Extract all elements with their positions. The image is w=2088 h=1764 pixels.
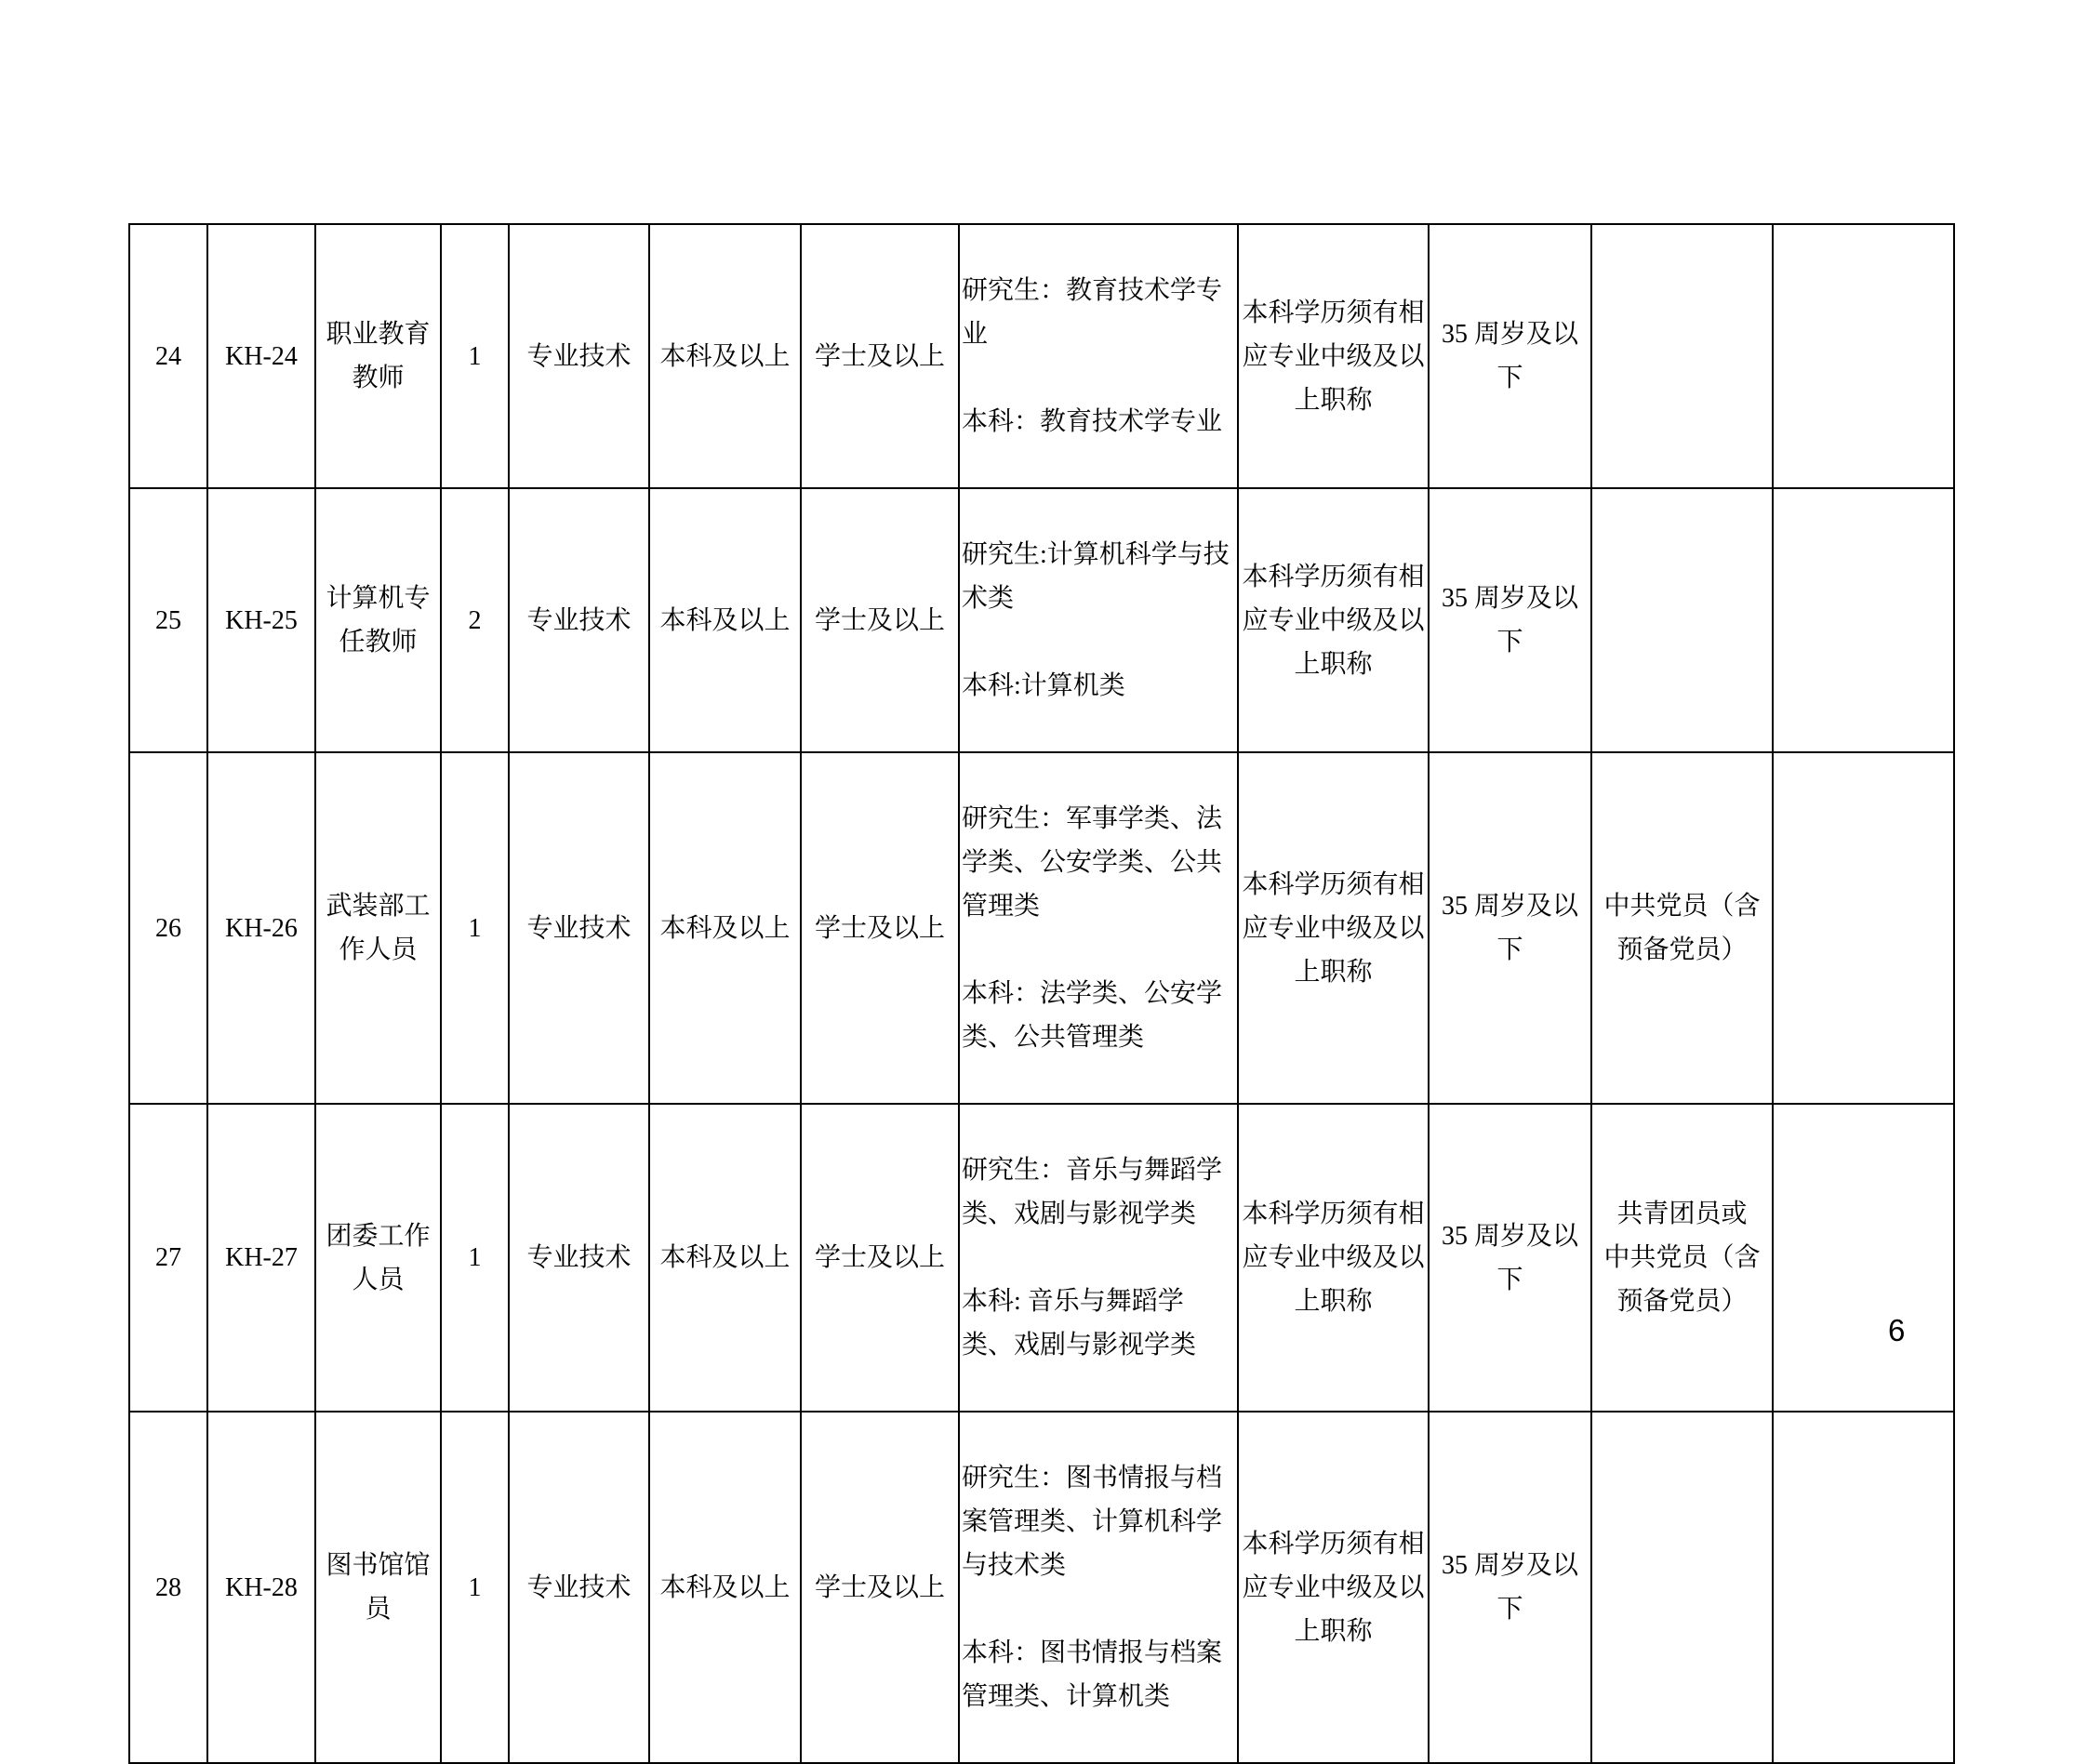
major-graduate: 研究生：军事学类、法学类、公安学类、公共管理类	[962, 797, 1235, 928]
major-undergraduate: 本科：图书情报与档案管理类、计算机类	[962, 1631, 1235, 1718]
recruitment-table: 24 KH-24 职业教育教师 1 专业技术 本科及以上 学士及以上 研究生：教…	[128, 223, 1955, 1764]
position-cell: 团委工作人员	[315, 1104, 441, 1412]
remarks-cell	[1773, 224, 1954, 488]
code-cell: KH-26	[207, 752, 315, 1104]
table-row: 25 KH-25 计算机专任教师 2 专业技术 本科及以上 学士及以上 研究生:…	[129, 488, 1954, 752]
degree-cell: 学士及以上	[801, 1104, 959, 1412]
major-graduate: 研究生：图书情报与档案管理类、计算机科学与技术类	[962, 1456, 1235, 1587]
seq-cell: 27	[129, 1104, 207, 1412]
position-cell: 职业教育教师	[315, 224, 441, 488]
count-cell: 1	[441, 1412, 509, 1763]
education-cell: 本科及以上	[649, 752, 801, 1104]
category-cell: 专业技术	[509, 488, 649, 752]
degree-cell: 学士及以上	[801, 752, 959, 1104]
political-status-cell	[1591, 224, 1773, 488]
seq-cell: 24	[129, 224, 207, 488]
degree-cell: 学士及以上	[801, 1412, 959, 1763]
seq-cell: 26	[129, 752, 207, 1104]
code-cell: KH-25	[207, 488, 315, 752]
count-cell: 1	[441, 224, 509, 488]
title-requirement-cell: 本科学历须有相应专业中级及以上职称	[1238, 488, 1429, 752]
table-row: 28 KH-28 图书馆馆员 1 专业技术 本科及以上 学士及以上 研究生：图书…	[129, 1412, 1954, 1763]
degree-cell: 学士及以上	[801, 488, 959, 752]
age-limit-cell: 35 周岁及以下	[1429, 1412, 1591, 1763]
title-requirement-cell: 本科学历须有相应专业中级及以上职称	[1238, 752, 1429, 1104]
age-limit-cell: 35 周岁及以下	[1429, 1104, 1591, 1412]
remarks-cell	[1773, 752, 1954, 1104]
table-row: 24 KH-24 职业教育教师 1 专业技术 本科及以上 学士及以上 研究生：教…	[129, 224, 1954, 488]
age-limit-cell: 35 周岁及以下	[1429, 224, 1591, 488]
table-row: 26 KH-26 武装部工作人员 1 专业技术 本科及以上 学士及以上 研究生：…	[129, 752, 1954, 1104]
major-undergraduate: 本科：法学类、公安学类、公共管理类	[962, 972, 1235, 1059]
title-requirement-cell: 本科学历须有相应专业中级及以上职称	[1238, 1104, 1429, 1412]
remarks-cell	[1773, 488, 1954, 752]
code-cell: KH-28	[207, 1412, 315, 1763]
political-status-cell	[1591, 488, 1773, 752]
title-requirement-cell: 本科学历须有相应专业中级及以上职称	[1238, 224, 1429, 488]
degree-cell: 学士及以上	[801, 224, 959, 488]
count-cell: 1	[441, 752, 509, 1104]
education-cell: 本科及以上	[649, 224, 801, 488]
seq-cell: 25	[129, 488, 207, 752]
age-limit-cell: 35 周岁及以下	[1429, 752, 1591, 1104]
count-cell: 2	[441, 488, 509, 752]
major-cell: 研究生：教育技术学专业 本科：教育技术学专业	[959, 224, 1238, 488]
position-cell: 武装部工作人员	[315, 752, 441, 1104]
major-graduate: 研究生:计算机科学与技术类	[962, 533, 1235, 620]
category-cell: 专业技术	[509, 224, 649, 488]
position-cell: 计算机专任教师	[315, 488, 441, 752]
major-cell: 研究生：军事学类、法学类、公安学类、公共管理类 本科：法学类、公安学类、公共管理…	[959, 752, 1238, 1104]
major-graduate: 研究生：音乐与舞蹈学类、戏剧与影视学类	[962, 1148, 1235, 1236]
major-undergraduate: 本科:计算机类	[962, 664, 1235, 708]
major-undergraduate: 本科: 音乐与舞蹈学类、戏剧与影视学类	[962, 1280, 1235, 1367]
category-cell: 专业技术	[509, 1104, 649, 1412]
code-cell: KH-27	[207, 1104, 315, 1412]
political-status-cell: 中共党员（含 预备党员）	[1591, 752, 1773, 1104]
page-number: 6	[1888, 1313, 1905, 1348]
remarks-cell	[1773, 1412, 1954, 1763]
education-cell: 本科及以上	[649, 1412, 801, 1763]
age-limit-cell: 35 周岁及以下	[1429, 488, 1591, 752]
category-cell: 专业技术	[509, 752, 649, 1104]
code-cell: KH-24	[207, 224, 315, 488]
major-undergraduate: 本科：教育技术学专业	[962, 400, 1235, 444]
education-cell: 本科及以上	[649, 1104, 801, 1412]
major-graduate: 研究生：教育技术学专业	[962, 269, 1235, 356]
count-cell: 1	[441, 1104, 509, 1412]
remarks-cell	[1773, 1104, 1954, 1412]
position-cell: 图书馆馆员	[315, 1412, 441, 1763]
education-cell: 本科及以上	[649, 488, 801, 752]
political-status-cell: 共青团员或 中共党员（含 预备党员）	[1591, 1104, 1773, 1412]
title-requirement-cell: 本科学历须有相应专业中级及以上职称	[1238, 1412, 1429, 1763]
table-row: 27 KH-27 团委工作人员 1 专业技术 本科及以上 学士及以上 研究生：音…	[129, 1104, 1954, 1412]
major-cell: 研究生：图书情报与档案管理类、计算机科学与技术类 本科：图书情报与档案管理类、计…	[959, 1412, 1238, 1763]
category-cell: 专业技术	[509, 1412, 649, 1763]
political-status-cell	[1591, 1412, 1773, 1763]
seq-cell: 28	[129, 1412, 207, 1763]
major-cell: 研究生：音乐与舞蹈学类、戏剧与影视学类 本科: 音乐与舞蹈学类、戏剧与影视学类	[959, 1104, 1238, 1412]
major-cell: 研究生:计算机科学与技术类 本科:计算机类	[959, 488, 1238, 752]
